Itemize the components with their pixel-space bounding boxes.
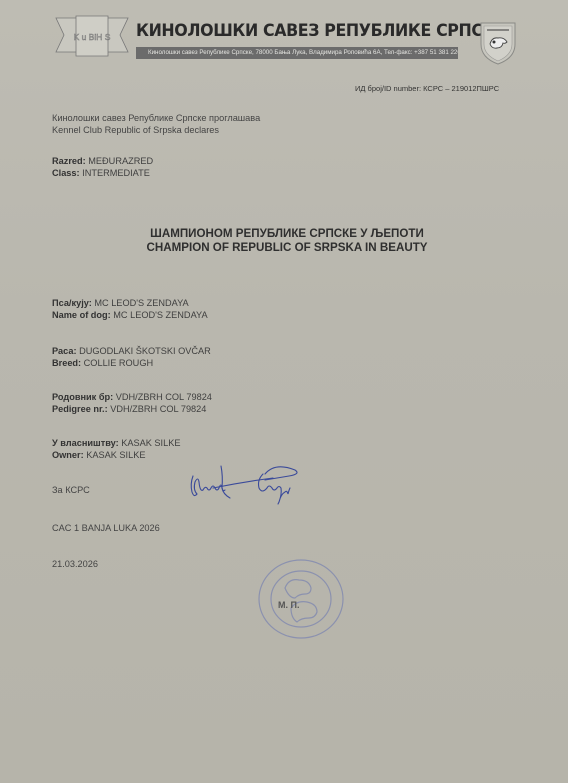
owner-value-en: KASAK SILKE bbox=[86, 450, 145, 460]
org-address: Кинолошки савез Републике Српске, 78000 … bbox=[136, 47, 458, 59]
pedigree-label-sr: Родовник бр: bbox=[52, 392, 113, 402]
class-field: Razred: MEĐURAZRED Class: INTERMEDIATE bbox=[52, 155, 153, 179]
breed-field: Раса: DUGODLAKI ŠKOTSKI OVČAR Breed: COL… bbox=[52, 345, 211, 369]
certificate-title: ШАМПИОНОМ РЕПУБЛИКЕ СРПСКЕ У ЉЕПОТИ CHAM… bbox=[0, 227, 568, 255]
dog-label-en: Name of dog: bbox=[52, 310, 111, 320]
official-stamp-icon bbox=[255, 556, 347, 642]
org-name: КИНОЛОШКИ САВЕЗ РЕПУБЛИКЕ СРПСКЕ bbox=[136, 21, 506, 40]
svg-text:K u BiH S: K u BiH S bbox=[74, 32, 111, 42]
id-number-value: КСРС – 219012ПШРС bbox=[423, 84, 499, 93]
kubihs-logo-icon: K u BiH S bbox=[54, 14, 130, 60]
stamp-label: М. П. bbox=[278, 600, 299, 610]
breed-label-en: Breed: bbox=[52, 358, 81, 368]
issue-date: 21.03.2026 bbox=[52, 559, 98, 569]
id-number: ИД број/ID number: КСРС – 219012ПШРС bbox=[355, 84, 499, 93]
pedigree-field: Родовник бр: VDH/ZBRH COL 79824 Pedigree… bbox=[52, 391, 212, 415]
dog-label-sr: Пса/кују: bbox=[52, 298, 92, 308]
class-value-sr: MEĐURAZRED bbox=[88, 156, 153, 166]
intro-line-sr: Кинолошки савез Републике Српске проглаш… bbox=[52, 112, 260, 124]
pedigree-value-sr: VDH/ZBRH COL 79824 bbox=[116, 392, 212, 402]
dog-value-sr: MC LEOD'S ZENDAYA bbox=[94, 298, 188, 308]
kennel-club-shield-icon bbox=[478, 20, 518, 66]
pedigree-label-en: Pedigree nr.: bbox=[52, 404, 108, 414]
breed-value-sr: DUGODLAKI ŠKOTSKI OVČAR bbox=[79, 346, 211, 356]
breed-label-sr: Раса: bbox=[52, 346, 77, 356]
owner-field: У власништву: KASAK SILKE Owner: KASAK S… bbox=[52, 437, 180, 461]
class-value-en: INTERMEDIATE bbox=[82, 168, 150, 178]
class-label-en: Class: bbox=[52, 168, 80, 178]
for-org-label: За КСРС bbox=[52, 485, 90, 495]
class-label-sr: Razred: bbox=[52, 156, 86, 166]
title-line-sr: ШАМПИОНОМ РЕПУБЛИКЕ СРПСКЕ У ЉЕПОТИ bbox=[6, 227, 568, 241]
show-name: CAC 1 BANJA LUKA 2026 bbox=[52, 523, 160, 533]
intro-text: Кинолошки савез Републике Српске проглаш… bbox=[52, 112, 260, 136]
intro-line-en: Kennel Club Republic of Srpska declares bbox=[52, 124, 260, 136]
id-number-label: ИД број/ID number: bbox=[355, 84, 421, 93]
owner-label-sr: У власништву: bbox=[52, 438, 119, 448]
certificate-page: K u BiH S КИНОЛОШКИ САВЕЗ РЕПУБЛИКЕ СРПС… bbox=[0, 0, 568, 783]
owner-value-sr: KASAK SILKE bbox=[121, 438, 180, 448]
owner-label-en: Owner: bbox=[52, 450, 84, 460]
title-line-en: CHAMPION OF REPUBLIC OF SRPSKA IN BEAUTY bbox=[6, 241, 568, 255]
signature-icon bbox=[185, 462, 310, 506]
breed-value-en: COLLIE ROUGH bbox=[84, 358, 153, 368]
pedigree-value-en: VDH/ZBRH COL 79824 bbox=[110, 404, 206, 414]
dog-name-field: Пса/кују: MC LEOD'S ZENDAYA Name of dog:… bbox=[52, 297, 208, 321]
dog-value-en: MC LEOD'S ZENDAYA bbox=[113, 310, 207, 320]
